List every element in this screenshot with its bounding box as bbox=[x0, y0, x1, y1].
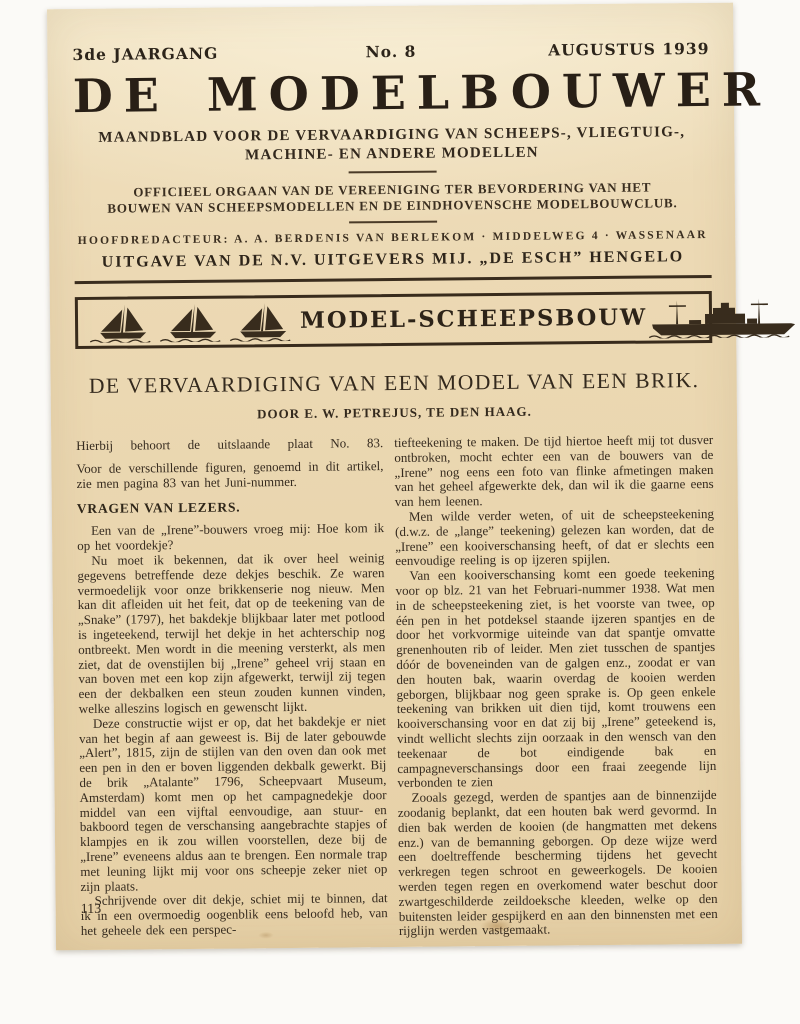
masthead-issue-row: 3de JAARGANG No. 8 AUGUSTUS 1939 bbox=[72, 39, 709, 64]
issue-date: AUGUSTUS 1939 bbox=[416, 39, 709, 61]
editor-line: HOOFDREDACTEUR: A. A. BERDENIS VAN BERLE… bbox=[74, 229, 711, 247]
paragraph: Zooals gezegd, werden de spantjes aan de… bbox=[398, 788, 718, 939]
left-column: Hierbij behoort de uitslaande plaat No. … bbox=[76, 436, 388, 942]
page-content: 3de JAARGANG No. 8 AUGUSTUS 1939 DE MODE… bbox=[47, 3, 742, 951]
plate-note: Hierbij behoort de uitslaande plaat No. … bbox=[76, 436, 383, 454]
paragraph: Men wilde verder weten, of uit de scheep… bbox=[395, 507, 715, 569]
divider-full bbox=[75, 275, 712, 284]
issue-number: No. 8 bbox=[365, 42, 416, 61]
sailboats-icon bbox=[88, 301, 300, 343]
steamship-icon bbox=[647, 295, 797, 338]
article-byline: DOOR E. W. PETREJUS, TE DEN HAAG. bbox=[76, 402, 713, 424]
divider-short bbox=[348, 171, 436, 174]
section-banner: MODEL-SCHEEPSBOUW bbox=[75, 291, 712, 349]
paragraph: Schrijvende over dit dekje, schiet mij t… bbox=[81, 891, 388, 938]
paragraph: Van een kooiverschansing komt een goede … bbox=[395, 566, 716, 791]
paragraph: Een van de „Irene”-bouwers vroeg mij: Ho… bbox=[77, 521, 384, 554]
readers-questions-heading: VRAGEN VAN LEZERS. bbox=[77, 498, 384, 517]
paragraph: tiefteekening te maken. De tijd hiertoe … bbox=[394, 433, 714, 510]
volume-label: 3de JAARGANG bbox=[72, 42, 365, 64]
divider-short bbox=[349, 221, 437, 224]
paragraph: Nu moet ik bekennen, dat ik over heel we… bbox=[77, 551, 386, 717]
magazine-page: 3de JAARGANG No. 8 AUGUSTUS 1939 DE MODE… bbox=[47, 3, 742, 951]
right-column: tiefteekening te maken. De tijd hiertoe … bbox=[394, 433, 718, 939]
publisher-line: UITGAVE VAN DE N.V. UITGEVERS MIJ. „DE E… bbox=[74, 248, 711, 272]
page-number: 113 bbox=[81, 902, 102, 918]
magazine-title: DE MODELBOUWER bbox=[73, 66, 710, 120]
section-banner-title: MODEL-SCHEEPSBOUW bbox=[300, 305, 647, 334]
magazine-subtitle: MAANDBLAD VOOR DE VERVAARDIGING VAN SCHE… bbox=[73, 123, 710, 167]
article-body: Hierbij behoort de uitslaande plaat No. … bbox=[76, 433, 718, 942]
figures-note: Voor de verschillende figuren, genoemd i… bbox=[76, 459, 383, 492]
paragraph: Deze constructie wijst er op, dat het ba… bbox=[79, 714, 388, 895]
official-organ-text: OFFICIEEL ORGAAN VAN DE VEREENIGING TER … bbox=[74, 179, 711, 217]
article-title: DE VERVAARDIGING VAN EEN MODEL VAN EEN B… bbox=[76, 368, 713, 399]
